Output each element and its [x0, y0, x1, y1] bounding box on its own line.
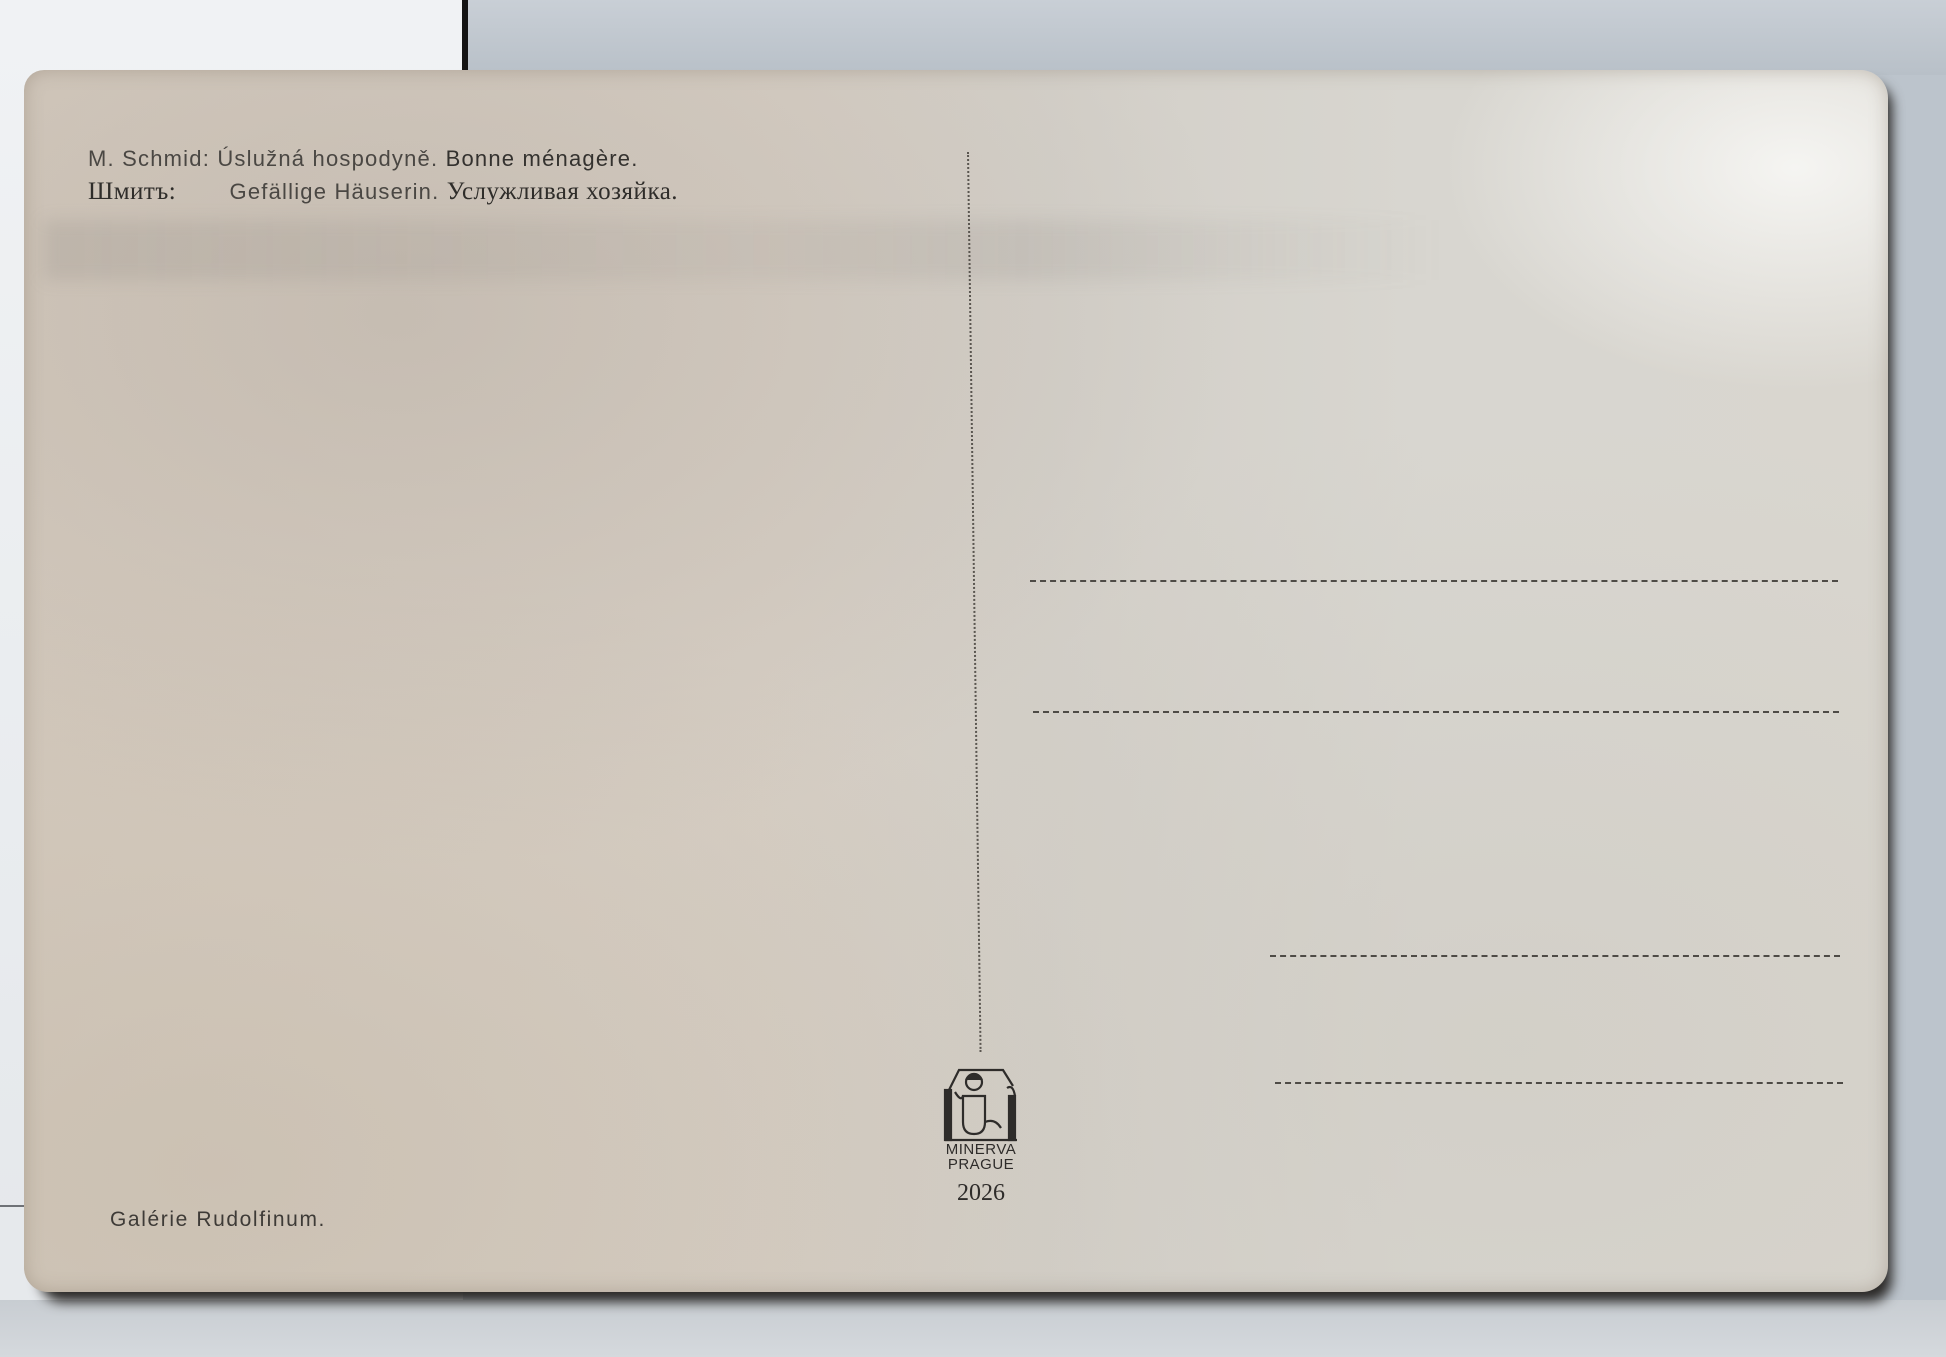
caption-title-russian: Услужливая хозяйка. [447, 178, 678, 205]
caption-title-french: Bonne ménagère. [446, 146, 639, 171]
publisher-logo: MINERVA PRAGUE 2026 [936, 1066, 1026, 1207]
background-divider-edge [462, 0, 468, 72]
caption-line-1: M. Schmid: Úslužná hospodyně. Bonne ména… [88, 146, 639, 172]
caption-title-czech: Úslužná hospodyně. [217, 146, 438, 171]
offset-smudge [44, 220, 1444, 280]
caption-artist-russian: Шмитъ: [88, 178, 176, 205]
background-bottom-surface [0, 1300, 1946, 1357]
address-line-1 [1030, 580, 1838, 582]
address-line-2 [1033, 711, 1839, 713]
publisher-number: 2026 [936, 1180, 1026, 1207]
gallery-name: Galérie Rudolfinum. [110, 1208, 326, 1232]
postcard-back: M. Schmid: Úslužná hospodyně. Bonne ména… [24, 70, 1888, 1292]
publisher-name-line-1: MINERVA [936, 1142, 1026, 1157]
address-line-3 [1270, 955, 1840, 957]
publisher-name-line-2: PRAGUE [936, 1157, 1026, 1172]
minerva-figure-icon [941, 1066, 1021, 1142]
address-line-4 [1275, 1082, 1843, 1084]
caption-artist: M. Schmid: [88, 146, 210, 171]
background-desk-surface [467, 0, 1946, 75]
caption-title-german: Gefällige Häuserin. [230, 179, 440, 204]
dotted-center-divider [967, 152, 982, 1052]
caption-line-2: Шмитъ: Gefällige Häuserin. Услужливая хо… [88, 178, 678, 206]
